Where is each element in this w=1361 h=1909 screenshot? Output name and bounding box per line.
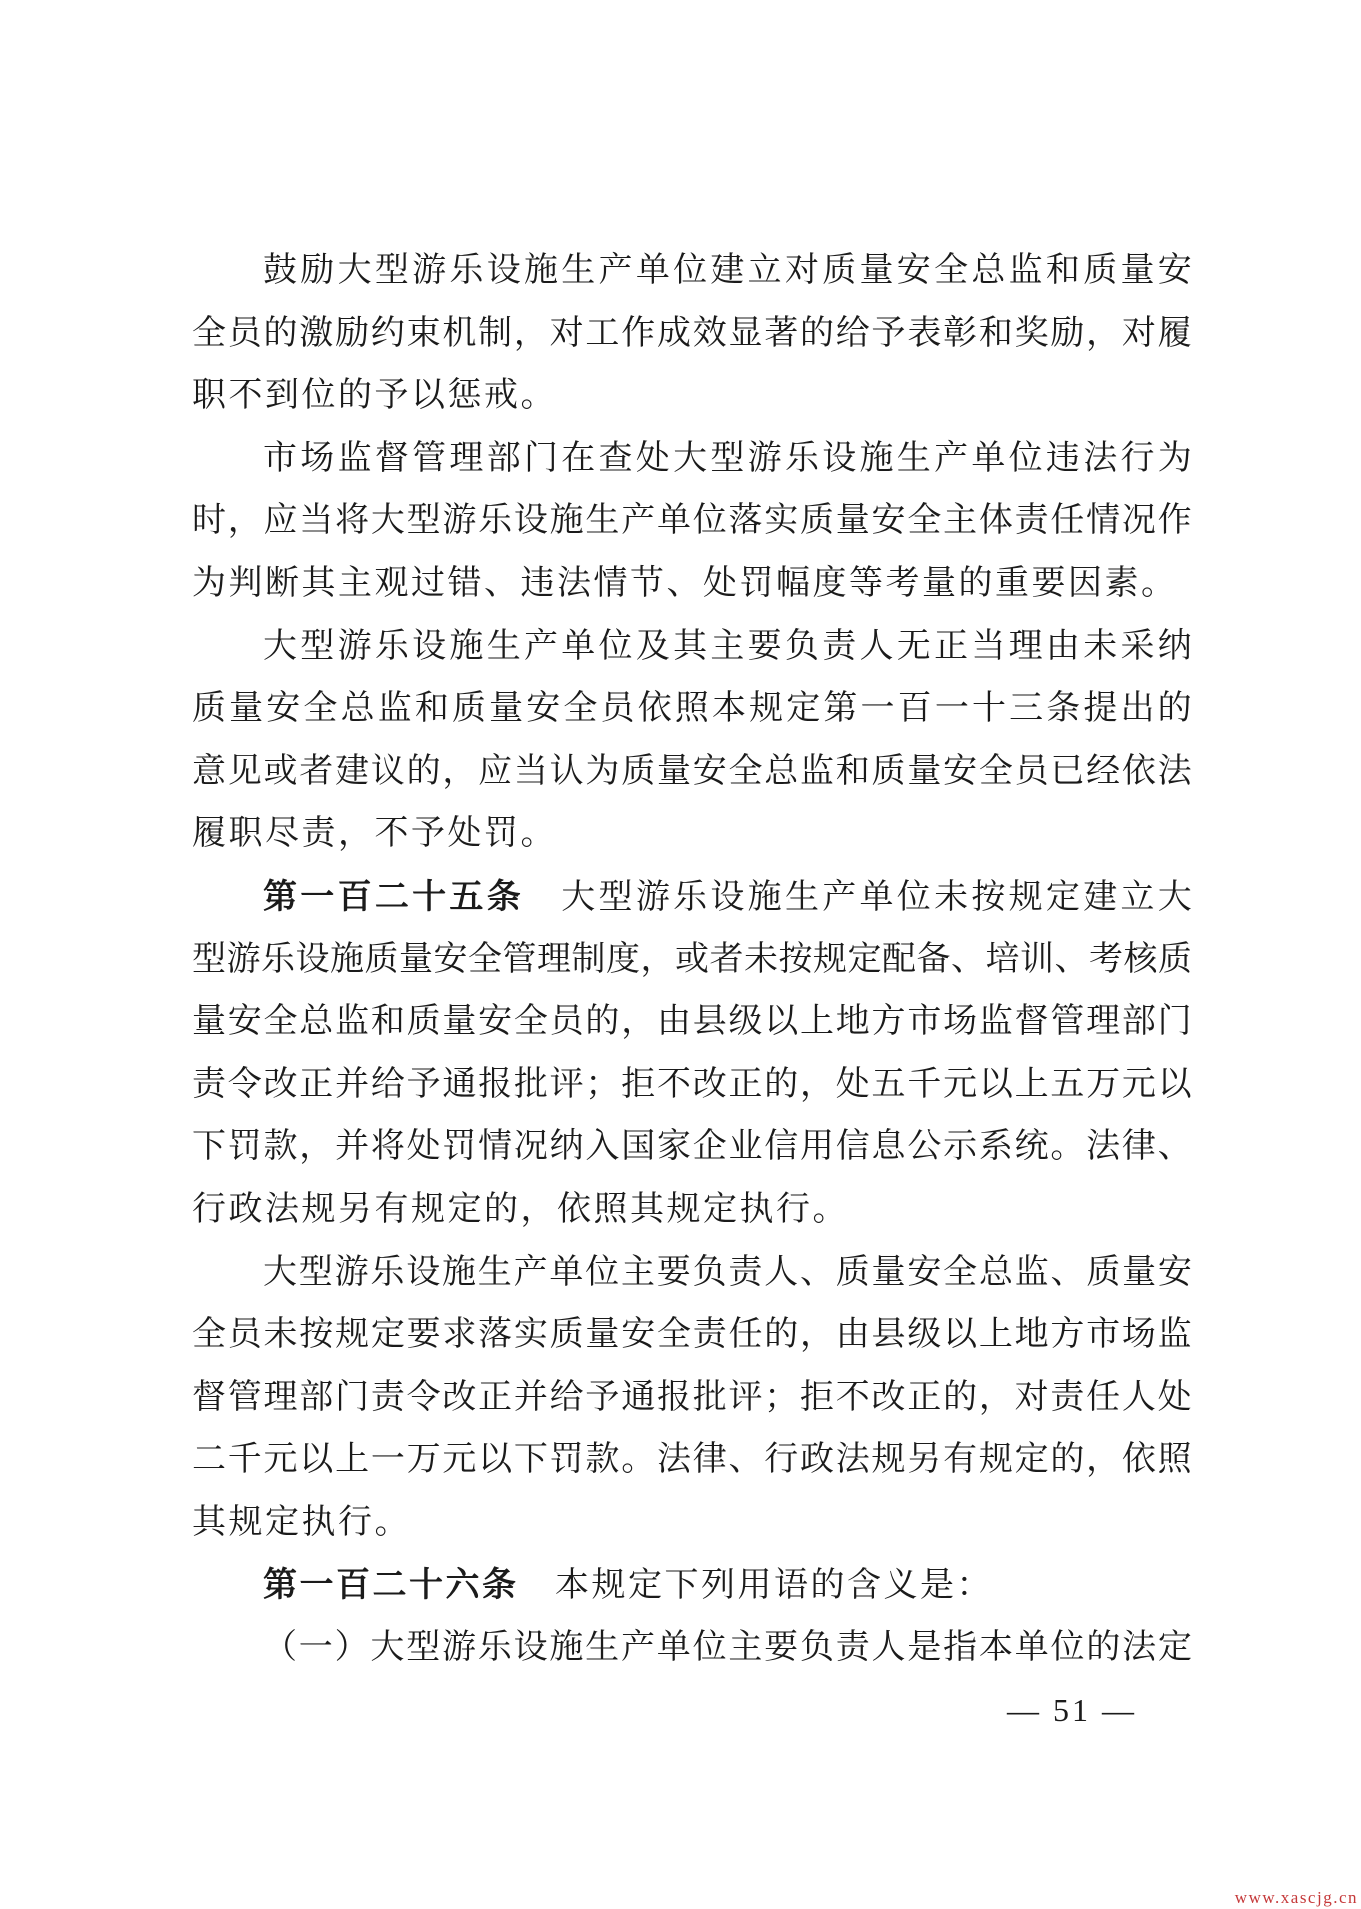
text-line: 质量安全总监和质量安全员依照本规定第一百一十三条提出的 [192,678,1192,741]
text-line: 其规定执行。 [192,1492,1192,1555]
text-line: 行政法规另有规定的，依照其规定执行。 [192,1179,1192,1242]
text-block: 鼓励大型游乐设施生产单位建立对质量安全总监和质量安全员的激励约束机制，对工作成效… [192,240,1192,1680]
text-line: 督管理部门责令改正并给予通报批评；拒不改正的，对责任人处 [192,1367,1192,1430]
text-line: 型游乐设施质量安全管理制度，或者未按规定配备、培训、考核质 [192,929,1192,992]
text-line: 下罚款，并将处罚情况纳入国家企业信用信息公示系统。法律、 [192,1116,1192,1179]
document-page: 鼓励大型游乐设施生产单位建立对质量安全总监和质量安全员的激励约束机制，对工作成效… [0,0,1361,1909]
text-line: 市场监督管理部门在查处大型游乐设施生产单位违法行为 [192,428,1192,491]
text-line: 责令改正并给予通报批评；拒不改正的，处五千元以上五万元以 [192,1054,1192,1117]
text-line: 量安全总监和质量安全员的，由县级以上地方市场监督管理部门 [192,991,1192,1054]
text-line: 全员未按规定要求落实质量安全责任的，由县级以上地方市场监 [192,1304,1192,1367]
text-line: 第一百二十六条 本规定下列用语的含义是： [192,1554,1192,1617]
text-line: （一）大型游乐设施生产单位主要负责人是指本单位的法定 [192,1617,1192,1680]
page-number: — 51 — [1007,1692,1137,1729]
text-line: 为判断其主观过错、违法情节、处罚幅度等考量的重要因素。 [192,553,1192,616]
watermark-url: www.xascjg.cn [1235,1888,1358,1908]
text-line: 第一百二十五条 大型游乐设施生产单位未按规定建立大 [192,866,1192,929]
text-line: 意见或者建议的，应当认为质量安全总监和质量安全员已经依法 [192,741,1192,804]
text-line: 大型游乐设施生产单位主要负责人、质量安全总监、质量安 [192,1242,1192,1305]
text-line: 大型游乐设施生产单位及其主要负责人无正当理由未采纳 [192,616,1192,679]
text-line: 时，应当将大型游乐设施生产单位落实质量安全主体责任情况作 [192,490,1192,553]
text-line: 全员的激励约束机制，对工作成效显著的给予表彰和奖励，对履 [192,303,1192,366]
text-line: 二千元以上一万元以下罚款。法律、行政法规另有规定的，依照 [192,1429,1192,1492]
text-line: 履职尽责，不予处罚。 [192,803,1192,866]
text-line: 鼓励大型游乐设施生产单位建立对质量安全总监和质量安 [192,240,1192,303]
text-line: 职不到位的予以惩戒。 [192,365,1192,428]
